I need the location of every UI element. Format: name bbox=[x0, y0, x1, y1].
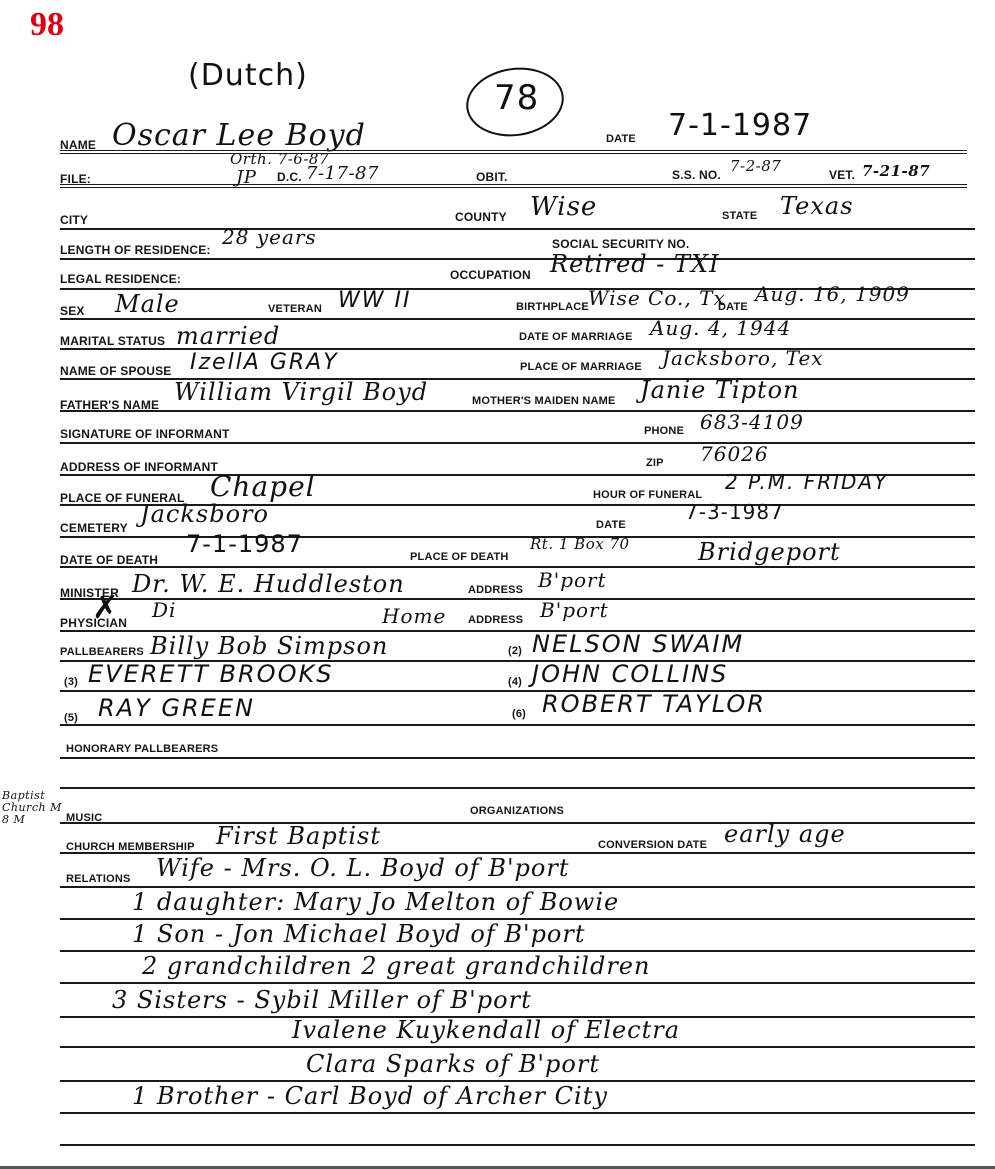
label-pallbearer-4: (4) bbox=[508, 676, 522, 688]
label-marital-status: MARITAL STATUS bbox=[60, 334, 165, 348]
value-cemetery: Jacksboro bbox=[140, 500, 269, 528]
label-occupation: OCCUPATION bbox=[450, 268, 531, 282]
label-relations: RELATIONS bbox=[66, 873, 131, 885]
rule bbox=[60, 724, 975, 726]
label-ss-no: S.S. NO. bbox=[672, 168, 721, 182]
value-veteran: WW II bbox=[338, 288, 411, 313]
label-minister-address: ADDRESS bbox=[468, 584, 523, 596]
value-pallbearer-1: Billy Bob Simpson bbox=[150, 632, 388, 660]
value-physician-address: B'port bbox=[540, 598, 609, 622]
label-zip: ZIP bbox=[646, 457, 664, 469]
label-birthplace: BIRTHPLACE bbox=[516, 301, 589, 313]
label-obit: OBIT. bbox=[476, 170, 508, 184]
rule bbox=[60, 442, 975, 444]
label-county: COUNTY bbox=[455, 210, 507, 224]
rule bbox=[60, 1144, 975, 1146]
label-birth-date: DATE bbox=[718, 301, 748, 313]
label-state: STATE bbox=[722, 210, 757, 222]
rule bbox=[60, 258, 975, 260]
value-conversion-date: early age bbox=[724, 820, 846, 848]
label-honorary-pallbearers: HONORARY PALLBEARERS bbox=[66, 743, 218, 755]
label-pallbearer-5: (5) bbox=[64, 712, 78, 724]
label-sex: SEX bbox=[60, 304, 85, 318]
label-cemetery: CEMETERY bbox=[60, 521, 128, 535]
value-birthplace: Wise Co., Tx bbox=[588, 286, 726, 310]
value-dc: 7-17-87 bbox=[306, 163, 379, 184]
value-date-of-death: 7-1-1987 bbox=[186, 530, 303, 558]
label-address-of-informant: ADDRESS OF INFORMANT bbox=[60, 460, 218, 474]
label-date-of-death: DATE OF DEATH bbox=[60, 553, 158, 567]
rule bbox=[60, 566, 975, 568]
relation-line: 1 daughter: Mary Jo Melton of Bowie bbox=[132, 888, 619, 916]
label-city: CITY bbox=[60, 213, 88, 227]
rule bbox=[60, 787, 975, 789]
rule bbox=[60, 410, 975, 412]
value-zip: 76026 bbox=[700, 442, 769, 466]
value-name: Oscar Lee Boyd bbox=[112, 118, 366, 153]
relation-line: Wife - Mrs. O. L. Boyd of B'port bbox=[156, 854, 569, 882]
value-place-of-funeral: Chapel bbox=[210, 470, 316, 503]
label-mothers-maiden-name: MOTHER'S MAIDEN NAME bbox=[472, 395, 616, 407]
relation-line: Clara Sparks of B'port bbox=[306, 1050, 600, 1078]
value-mothers-maiden-name: Janie Tipton bbox=[640, 376, 800, 404]
value-date-of-marriage: Aug. 4, 1944 bbox=[650, 316, 791, 340]
value-occupation: Retired - TXI bbox=[550, 250, 720, 278]
label-dc: D.C. bbox=[277, 170, 302, 184]
value-minister-address: B'port bbox=[538, 568, 607, 592]
label-date: DATE bbox=[606, 133, 636, 145]
value-county: Wise bbox=[530, 192, 597, 222]
value-minister: Dr. W. E. Huddleston bbox=[132, 570, 405, 598]
label-social-security-no: SOCIAL SECURITY NO. bbox=[552, 237, 689, 251]
value-sex: Male bbox=[115, 290, 180, 318]
relation-line: 1 Brother - Carl Boyd of Archer City bbox=[132, 1082, 608, 1110]
label-physician-address: ADDRESS bbox=[468, 614, 523, 626]
relation-line: Ivalene Kuykendall of Electra bbox=[292, 1016, 680, 1044]
value-vet: 7-21-87 bbox=[862, 162, 930, 180]
label-phone: PHONE bbox=[644, 425, 684, 437]
relation-line: 3 Sisters - Sybil Miller of B'port bbox=[112, 986, 532, 1014]
value-place-of-marriage: Jacksboro, Tex bbox=[662, 346, 824, 370]
page-number: 98 bbox=[30, 6, 64, 44]
value-state: Texas bbox=[780, 192, 854, 220]
label-pallbearer-3: (3) bbox=[64, 676, 78, 688]
value-funeral-date: 7-3-1987 bbox=[685, 500, 784, 524]
value-place-of-death: Bridgeport bbox=[698, 538, 841, 566]
value-church-membership: First Baptist bbox=[216, 822, 381, 850]
rule bbox=[60, 1112, 975, 1114]
rule bbox=[60, 757, 975, 759]
rule bbox=[60, 598, 975, 600]
label-length-of-residence: LENGTH OF RESIDENCE: bbox=[60, 243, 211, 257]
nickname: (Dutch) bbox=[188, 58, 308, 93]
value-ss-no: 7-2-87 bbox=[730, 157, 781, 175]
label-pallbearer-2: (2) bbox=[508, 645, 522, 657]
rule bbox=[60, 184, 967, 190]
rule bbox=[60, 1046, 975, 1048]
label-conversion-date: CONVERSION DATE bbox=[598, 839, 707, 851]
relation-line: 2 grandchildren 2 great grandchildren bbox=[142, 952, 650, 980]
rule bbox=[60, 228, 975, 230]
value-pallbearer-3: EVERETT BROOKS bbox=[88, 660, 333, 688]
value-physician: Di bbox=[152, 598, 176, 622]
label-physician: PHYSICIAN bbox=[60, 616, 127, 630]
value-pallbearer-2: NELSON SWAIM bbox=[532, 630, 744, 658]
value-fathers-name: William Virgil Boyd bbox=[174, 378, 428, 406]
rule bbox=[60, 690, 975, 692]
value-pallbearer-4: JOHN COLLINS bbox=[532, 660, 728, 688]
rule bbox=[60, 150, 967, 156]
label-organizations: ORGANIZATIONS bbox=[470, 805, 564, 817]
label-veteran: VETERAN bbox=[268, 303, 322, 315]
label-pallbearer-6: (6) bbox=[512, 708, 526, 720]
value-pallbearer-5: RAY GREEN bbox=[98, 694, 255, 722]
value-length-of-residence: 28 years bbox=[222, 225, 317, 249]
label-funeral-date: DATE bbox=[596, 519, 626, 531]
label-legal-residence: LEGAL RESIDENCE: bbox=[60, 272, 181, 286]
value-date: 7-1-1987 bbox=[668, 108, 812, 143]
value-birth-date: Aug. 16, 1909 bbox=[755, 282, 910, 306]
value-pallbearer-6: ROBERT TAYLOR bbox=[542, 690, 766, 718]
rule bbox=[60, 318, 975, 320]
music-margin-note: Baptist Church M 8 M bbox=[2, 790, 62, 826]
age-value: 78 bbox=[494, 78, 539, 118]
value-name-of-spouse: IzellA GRAY bbox=[190, 350, 339, 375]
label-place-of-death: PLACE OF DEATH bbox=[410, 551, 509, 563]
label-signature-of-informant: SIGNATURE OF INFORMANT bbox=[60, 427, 230, 441]
label-pallbearers: PALLBEARERS bbox=[60, 646, 144, 658]
value-marital-status: married bbox=[176, 322, 280, 350]
value-phone: 683-4109 bbox=[700, 410, 804, 434]
value-place-of-death-address: Rt. 1 Box 70 bbox=[530, 535, 630, 553]
label-name-of-spouse: NAME OF SPOUSE bbox=[60, 364, 171, 378]
relation-line: 1 Son - Jon Michael Boyd of B'port bbox=[132, 920, 586, 948]
value-hour-of-funeral: 2 P.M. FRIDAY bbox=[725, 470, 888, 494]
label-place-of-marriage: PLACE OF MARRIAGE bbox=[520, 361, 642, 373]
rule bbox=[60, 982, 975, 984]
value-physician-place: Home bbox=[382, 604, 446, 628]
label-date-of-marriage: DATE OF MARRIAGE bbox=[519, 331, 633, 343]
label-vet: VET. bbox=[829, 168, 855, 182]
